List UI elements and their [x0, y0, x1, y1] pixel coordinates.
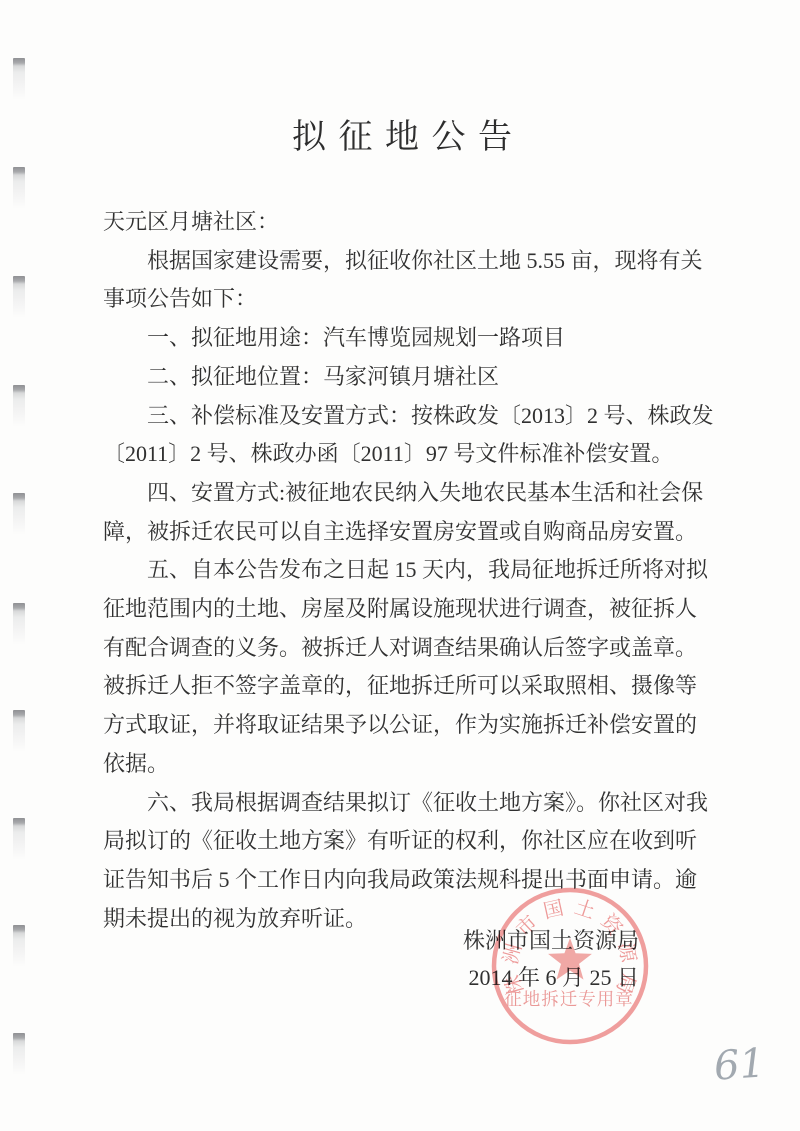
document-body: 天元区月塘社区：根据国家建设需要，拟征收你社区土地 5.55 亩，现将有关事项公… [103, 203, 703, 938]
handwritten-page-number: 61 [712, 1040, 766, 1089]
binding-hole [13, 58, 25, 100]
body-line: 局拟订的《征收土地方案》有听证的权利，你社区应在收到听 [103, 822, 703, 861]
seal-star-icon [548, 938, 592, 980]
body-line: 二、拟征地位置：马家河镇月塘社区 [103, 358, 703, 397]
official-seal: 株洲市国土资源局 征地拆迁专用章 [488, 884, 652, 1048]
document-title: 拟 征 地 公 告 [103, 118, 703, 158]
binding-hole [13, 385, 25, 427]
body-line: 方式取证，并将取证结果予以公证，作为实施拆迁补偿安置的 [103, 706, 703, 745]
body-line: 六、我局根据调查结果拟订《征收土地方案》。你社区对我 [103, 784, 703, 823]
body-line: 根据国家建设需要，拟征收你社区土地 5.55 亩，现将有关 [103, 242, 703, 281]
body-line: 征地范围内的土地、房屋及附属设施现状进行调查，被征拆人 [103, 590, 703, 629]
binding-hole [13, 1033, 25, 1075]
binding-hole [13, 276, 25, 318]
body-line: 有配合调查的义务。被拆迁人对调查结果确认后签字或盖章。 [103, 629, 703, 668]
scanned-document-page: 拟 征 地 公 告 天元区月塘社区：根据国家建设需要，拟征收你社区土地 5.55… [0, 0, 800, 1131]
seal-bottom-text: 征地拆迁专用章 [504, 989, 634, 1009]
binding-hole [13, 493, 25, 535]
body-line: 五、自本公告发布之日起 15 天内，我局征地拆迁所将对拟 [103, 551, 703, 590]
binding-hole [13, 603, 25, 645]
body-line: 障，被拆迁农民可以自主选择安置房安置或自购商品房安置。 [103, 513, 703, 552]
binding-hole [13, 925, 25, 967]
body-line: 三、补偿标准及安置方式：按株政发〔2013〕2 号、株政发 [103, 397, 703, 436]
body-line: 一、拟征地用途：汽车博览园规划一路项目 [103, 319, 703, 358]
body-line: 天元区月塘社区： [103, 203, 703, 242]
binding-hole [13, 710, 25, 752]
body-line: 四、安置方式:被征地农民纳入失地农民基本生活和社会保 [103, 474, 703, 513]
body-line: 被拆迁人拒不签字盖章的，征地拆迁所可以采取照相、摄像等 [103, 667, 703, 706]
body-line: 依据。 [103, 745, 703, 784]
binding-hole [13, 167, 25, 209]
binding-hole [13, 818, 25, 860]
body-line: 〔2011〕2 号、株政办函〔2011〕97 号文件标准补偿安置。 [103, 435, 703, 474]
body-line: 事项公告如下： [103, 280, 703, 319]
